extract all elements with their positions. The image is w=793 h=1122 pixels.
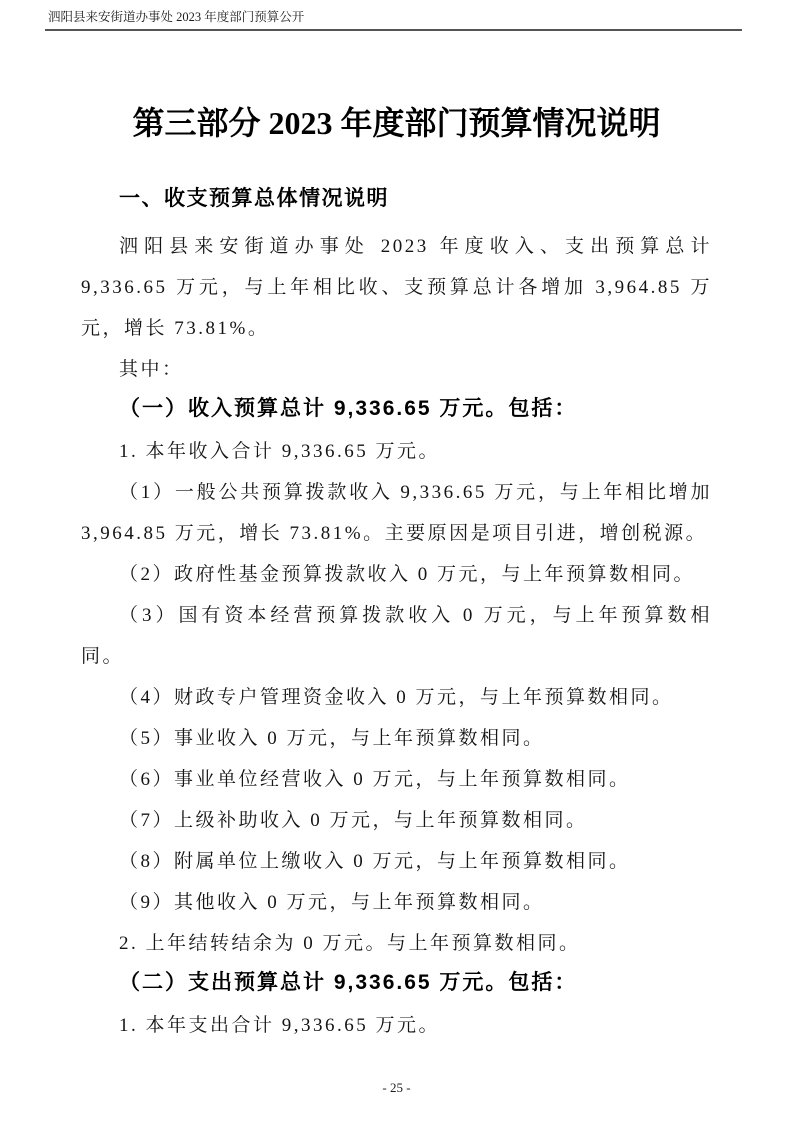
item-carryover: 2. 上年结转结余为 0 万元。与上年预算数相同。 <box>81 923 712 964</box>
header-text: 泗阳县来安街道办事处 2023 年度部门预算公开 <box>45 10 304 24</box>
item-income-9: （9）其他收入 0 万元，与上年预算数相同。 <box>81 882 712 923</box>
heading-income-total: （一）收入预算总计 9,336.65 万元。包括： <box>81 388 712 429</box>
body-paragraph-among: 其中： <box>81 349 712 390</box>
item-income-6: （6）事业单位经营收入 0 万元，与上年预算数相同。 <box>81 759 712 800</box>
item-income-current-year: 1. 本年收入合计 9,336.65 万元。 <box>81 431 712 472</box>
heading-expenditure-total: （二）支出预算总计 9,336.65 万元。包括： <box>81 962 712 1003</box>
page-header: 泗阳县来安街道办事处 2023 年度部门预算公开 <box>45 8 742 31</box>
page-title: 第三部分 2023 年度部门预算情况说明 <box>0 98 793 148</box>
body-paragraph-overview: 泗阳县来安街道办事处 2023 年度收入、支出预算总计 9,336.65 万元，… <box>81 226 712 349</box>
item-income-8: （8）附属单位上缴收入 0 万元，与上年预算数相同。 <box>81 841 712 882</box>
item-income-7: （7）上级补助收入 0 万元，与上年预算数相同。 <box>81 800 712 841</box>
page-footer: - 25 - <box>0 1080 793 1096</box>
item-income-3: （3）国有资本经营预算拨款收入 0 万元，与上年预算数相同。 <box>81 595 712 677</box>
item-expenditure-current-year: 1. 本年支出合计 9,336.65 万元。 <box>81 1005 712 1046</box>
section-heading: 一、收支预算总体情况说明 <box>119 184 389 214</box>
item-income-4: （4）财政专户管理资金收入 0 万元，与上年预算数相同。 <box>81 677 712 718</box>
page-number: - 25 - <box>382 1080 410 1095</box>
item-income-2: （2）政府性基金预算拨款收入 0 万元，与上年预算数相同。 <box>81 554 712 595</box>
document-page: 泗阳县来安街道办事处 2023 年度部门预算公开 第三部分 2023 年度部门预… <box>0 0 793 1122</box>
item-income-5: （5）事业收入 0 万元，与上年预算数相同。 <box>81 718 712 759</box>
item-income-1: （1）一般公共预算拨款收入 9,336.65 万元，与上年相比增加 3,964.… <box>81 472 712 554</box>
